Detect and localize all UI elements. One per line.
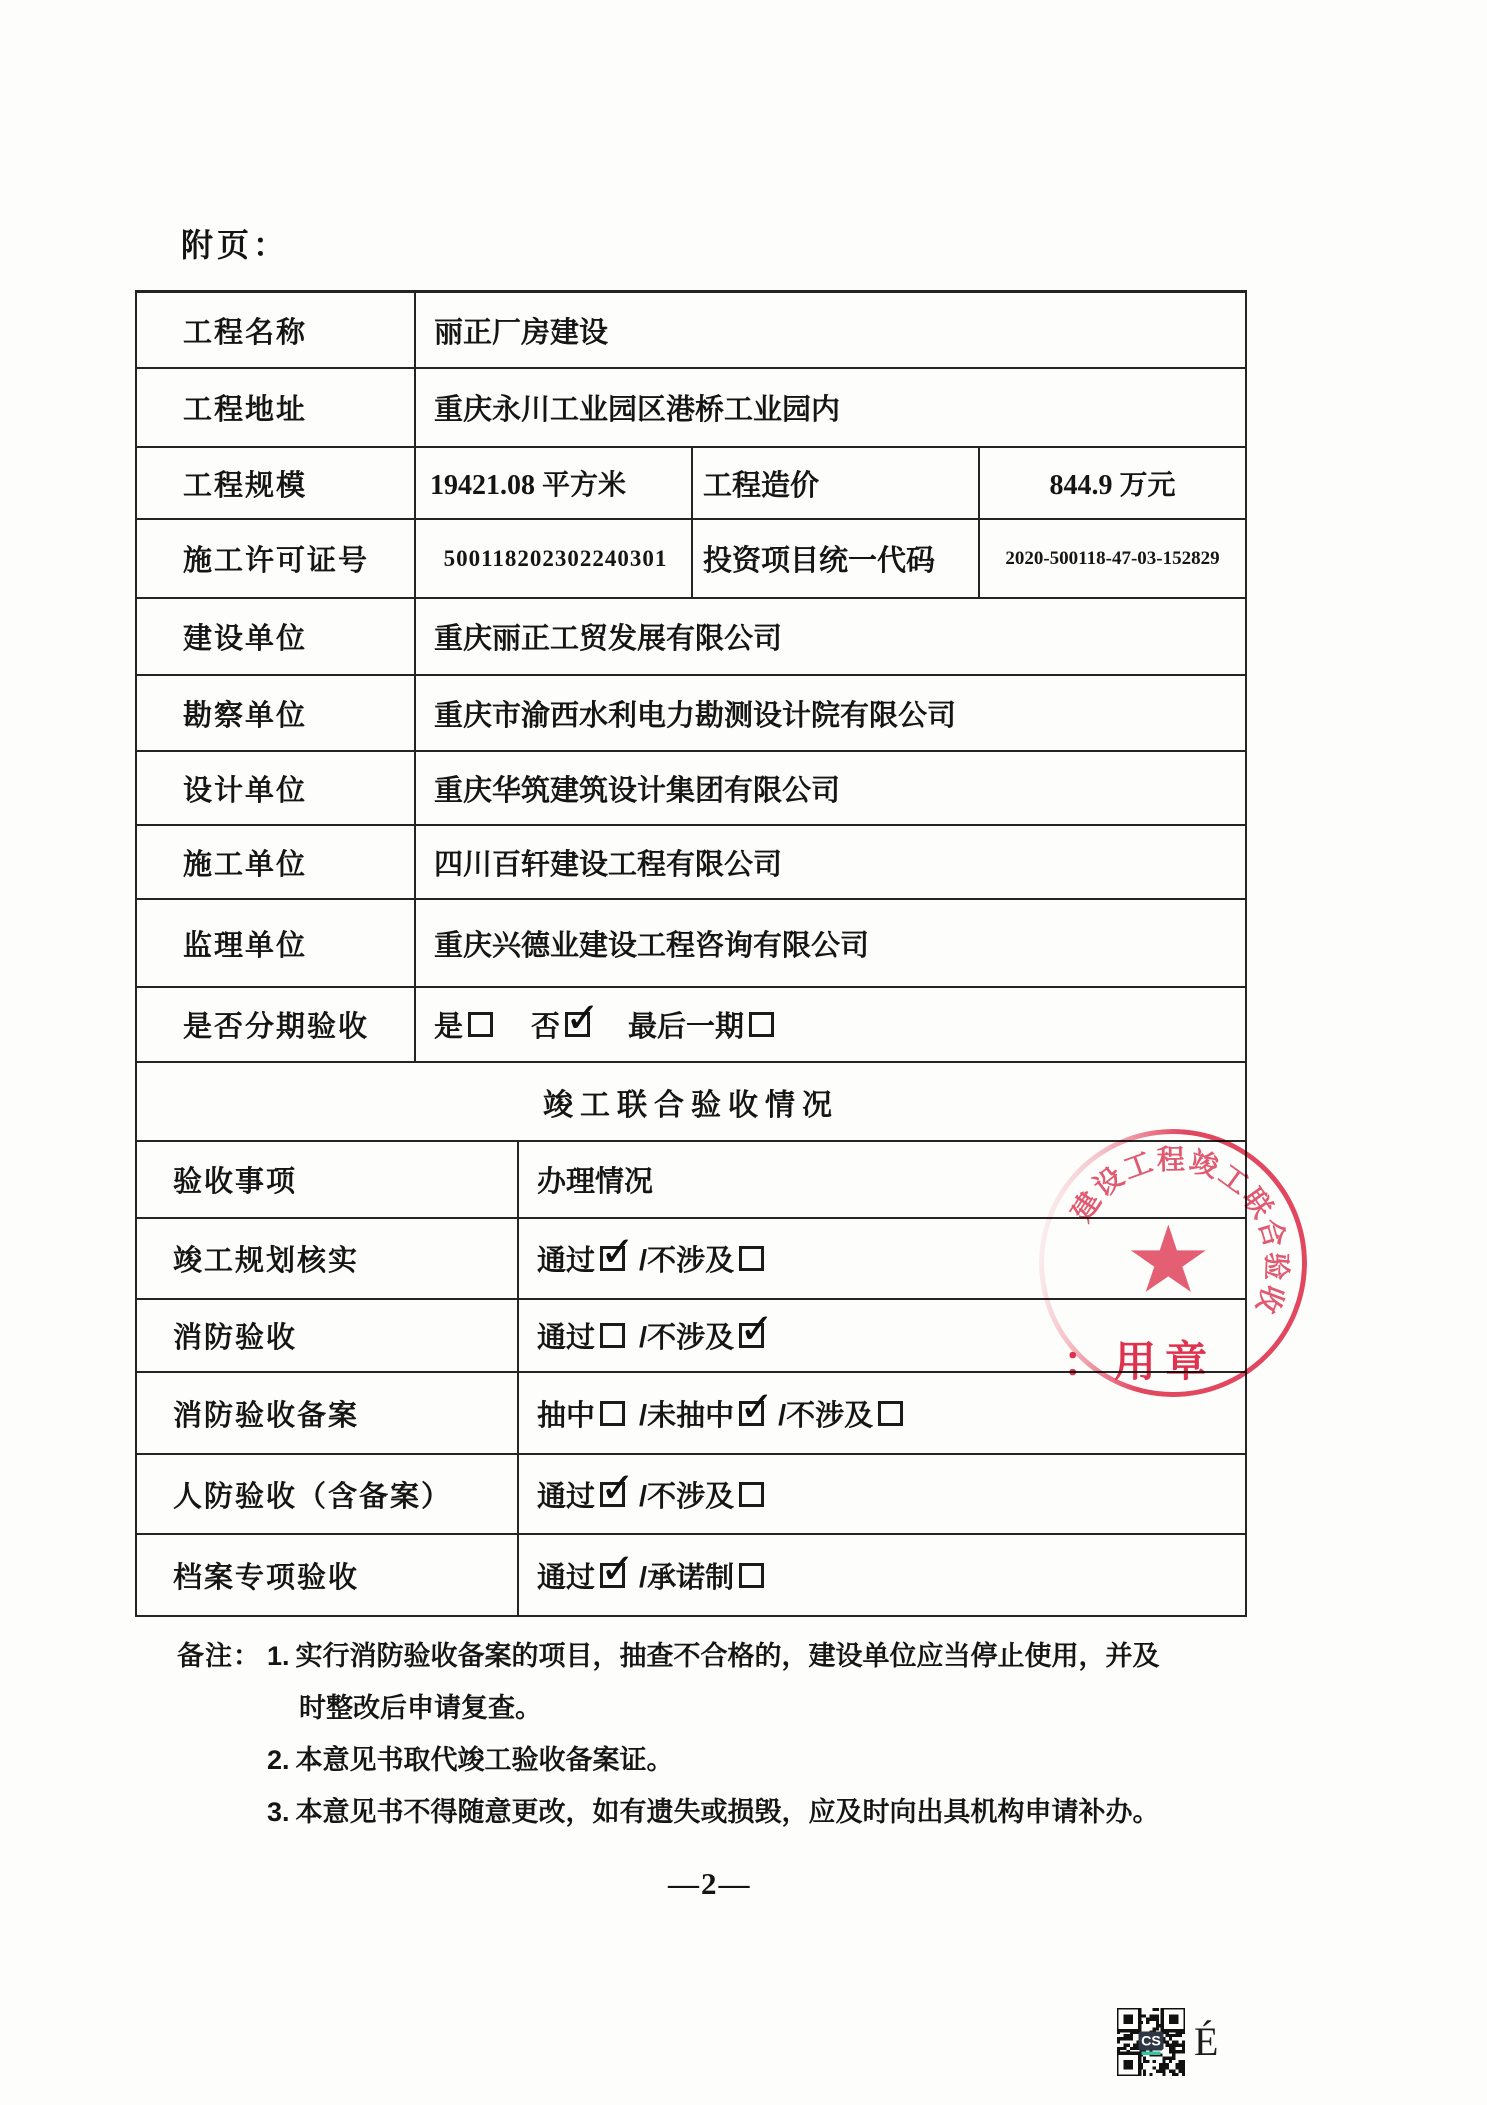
notes-label: 备注： [177,1630,267,1838]
row-label: 监理单位 [137,900,414,986]
check-option: /不涉及 [639,1315,764,1356]
check-option-label: /承诺制 [639,1555,734,1596]
row-value-text: 重庆丽正工贸发展有限公司 [434,616,782,657]
row-label-text: 验收事项 [173,1159,297,1200]
row-label: 是否分期验收 [137,988,414,1061]
check-option-label: /不涉及 [639,1315,734,1356]
row-label: 档案专项验收 [137,1535,517,1615]
check-option: 最后一期 [628,1004,774,1045]
row-value: 是否最后一期 [414,988,1245,1061]
note-number: 1. [267,1641,290,1671]
row-label: 设计单位 [137,752,414,824]
table-row: 监理单位重庆兴德业建设工程咨询有限公司 [137,900,1245,988]
note-text: 实行消防验收备案的项目，抽查不合格的，建设单位应当停止使用，并及时整改后申请复查… [296,1641,1160,1723]
row-value: 通过/不涉及 [517,1219,1245,1298]
row-label-text: 建设单位 [183,616,307,657]
table-row: 人防验收（含备案）通过/不涉及 [137,1455,1245,1535]
check-option-label: 通过 [537,1474,595,1515]
row-value: 丽正厂房建设 [414,293,1245,367]
checkbox-unchecked [600,1323,625,1348]
table-row: 档案专项验收通过/承诺制 [137,1535,1245,1615]
checkbox-unchecked [468,1012,493,1037]
page-number: —2— [668,1866,752,1902]
row-label: 消防验收 [137,1300,517,1371]
row-value-text: 丽正厂房建设 [434,310,608,351]
row-value: 抽中/未抽中/不涉及 [517,1373,1245,1453]
row-value: 办理情况 [517,1142,1245,1217]
row-label: 工程规模 [137,448,414,518]
check-option-label: 是 [434,1004,463,1045]
check-option-label: 最后一期 [628,1004,744,1045]
note-item: 1.实行消防验收备案的项目，抽查不合格的，建设单位应当停止使用，并及时整改后申请… [267,1630,1167,1734]
row-label-text: 工程造价 [703,463,819,504]
table-row: 施工单位四川百轩建设工程有限公司 [137,826,1245,900]
row-value: 重庆丽正工贸发展有限公司 [414,599,1245,674]
check-option: /不涉及 [639,1238,764,1279]
check-option: 否 [531,1004,590,1045]
notes-items: 1.实行消防验收备案的项目，抽查不合格的，建设单位应当停止使用，并及时整改后申请… [267,1630,1167,1838]
row-value: 500118202302240301 [414,520,691,597]
qr-center-label: CS [1141,2034,1161,2050]
table-row: 施工许可证号500118202302240301投资项目统一代码2020-500… [137,520,1245,599]
row-value-text: 2020-500118-47-03-152829 [1005,548,1219,570]
table-row: 消防验收通过/不涉及 [137,1300,1245,1373]
check-option-label: /不涉及 [639,1474,734,1515]
row-value: 通过/不涉及 [517,1300,1245,1371]
check-option-label: 通过 [537,1315,595,1356]
row-value-text: 844.9 万元 [1049,463,1175,503]
note-item: 2.本意见书取代竣工验收备案证。 [267,1734,1167,1786]
table-row: 竣工规划核实通过/不涉及 [137,1219,1245,1300]
row-value-text: 500118202302240301 [444,546,668,572]
row-label: 工程名称 [137,293,414,367]
row-label-text: 工程地址 [183,387,307,428]
checkbox-unchecked [739,1246,764,1271]
row-value: 重庆华筑建筑设计集团有限公司 [414,752,1245,824]
check-option: /未抽中 [639,1393,764,1434]
row-label-text: 人防验收（含备案） [173,1474,452,1515]
row-value-text: 四川百轩建设工程有限公司 [434,842,782,883]
check-option: 抽中 [537,1393,625,1434]
table-row: 设计单位重庆华筑建筑设计集团有限公司 [137,752,1245,826]
section-header: 竣工联合验收情况 [137,1063,1245,1140]
row-label-text: 施工许可证号 [183,538,369,579]
table-row: 竣工联合验收情况 [137,1063,1245,1142]
check-option: 通过 [537,1315,625,1356]
row-label-text: 工程规模 [183,463,307,504]
row-label: 施工许可证号 [137,520,414,597]
row-label: 验收事项 [137,1142,517,1217]
check-option: 通过 [537,1555,625,1596]
row-value-text: 办理情况 [537,1159,653,1200]
row-value: 四川百轩建设工程有限公司 [414,826,1245,898]
row-label: 施工单位 [137,826,414,898]
table-row: 工程名称丽正厂房建设 [137,293,1245,369]
row-label-text: 竣工规划核实 [173,1238,359,1279]
check-option: 是 [434,1004,493,1045]
row-label: 勘察单位 [137,676,414,750]
check-option-label: /不涉及 [778,1393,873,1434]
checkbox-checked [739,1401,764,1426]
row-label-text: 设计单位 [183,768,307,809]
table-row: 建设单位重庆丽正工贸发展有限公司 [137,599,1245,676]
table-row: 是否分期验收是否最后一期 [137,988,1245,1063]
row-value: 19421.08 平方米 [414,448,691,518]
row-value: 重庆永川工业园区港桥工业园内 [414,369,1245,446]
footer-mark: É [1194,2018,1218,2065]
check-option: /承诺制 [639,1555,764,1596]
notes: 备注： 1.实行消防验收备案的项目，抽查不合格的，建设单位应当停止使用，并及时整… [177,1630,1257,1838]
row-value-text: 重庆市渝西水利电力勘测设计院有限公司 [434,693,956,734]
page-label: 附页： [181,220,289,266]
row-label: 消防验收备案 [137,1373,517,1453]
checkbox-checked [600,1563,625,1588]
row-label: 竣工规划核实 [137,1219,517,1298]
row-label: 工程地址 [137,369,414,446]
table-row: 验收事项办理情况 [137,1142,1245,1219]
row-value: 重庆兴德业建设工程咨询有限公司 [414,900,1245,986]
note-text: 本意见书取代竣工验收备案证。 [296,1745,674,1775]
checkbox-checked [600,1482,625,1507]
row-value-2: 2020-500118-47-03-152829 [978,520,1245,597]
note-item: 3.本意见书不得随意更改，如有遗失或损毁，应及时向出具机构申请补办。 [267,1786,1167,1838]
row-label-text: 是否分期验收 [183,1004,369,1045]
row-label-text: 投资项目统一代码 [703,538,935,579]
scanned-document-page: 附页： 工程名称丽正厂房建设工程地址重庆永川工业园区港桥工业园内工程规模1942… [0,0,1487,2105]
checkbox-unchecked [878,1401,903,1426]
check-option-label: /未抽中 [639,1393,734,1434]
check-option: 通过 [537,1238,625,1279]
row-value-text: 19421.08 平方米 [430,463,626,503]
row-label-text: 监理单位 [183,923,307,964]
row-value-text: 重庆兴德业建设工程咨询有限公司 [434,923,869,964]
row-label-text: 勘察单位 [183,693,307,734]
acceptance-table: 工程名称丽正厂房建设工程地址重庆永川工业园区港桥工业园内工程规模19421.08… [135,290,1247,1617]
check-option-label: /不涉及 [639,1238,734,1279]
row-value-text: 重庆华筑建筑设计集团有限公司 [434,768,840,809]
note-number: 3. [267,1797,290,1827]
row-label-text: 工程名称 [183,310,307,351]
check-option: 通过 [537,1474,625,1515]
note-text: 本意见书不得随意更改，如有遗失或损毁，应及时向出具机构申请补办。 [296,1797,1160,1827]
checkbox-unchecked [739,1482,764,1507]
row-value: 通过/不涉及 [517,1455,1245,1533]
checkbox-checked [565,1012,590,1037]
row-label-2: 投资项目统一代码 [691,520,978,597]
check-option: /不涉及 [639,1474,764,1515]
check-option: /不涉及 [778,1393,903,1434]
check-option-label: 通过 [537,1238,595,1279]
note-number: 2. [267,1745,290,1775]
row-label-text: 档案专项验收 [173,1555,359,1596]
row-label: 人防验收（含备案） [137,1455,517,1533]
row-value: 重庆市渝西水利电力勘测设计院有限公司 [414,676,1245,750]
row-value: 通过/承诺制 [517,1535,1245,1615]
check-option-label: 通过 [537,1555,595,1596]
table-row: 工程规模19421.08 平方米工程造价844.9 万元 [137,448,1245,520]
stamp-arc-char: 合 [1250,1212,1292,1254]
row-value-2: 844.9 万元 [978,448,1245,518]
checkbox-unchecked [739,1563,764,1588]
qr-code: CS [1117,2008,1185,2076]
row-label: 建设单位 [137,599,414,674]
checkbox-unchecked [600,1401,625,1426]
row-label-text: 施工单位 [183,842,307,883]
table-row: 勘察单位重庆市渝西水利电力勘测设计院有限公司 [137,676,1245,752]
table-row: 消防验收备案抽中/未抽中/不涉及 [137,1373,1245,1455]
check-option-label: 抽中 [537,1393,595,1434]
checkbox-checked [600,1246,625,1271]
row-label-2: 工程造价 [691,448,978,518]
row-label-text: 消防验收 [173,1315,297,1356]
stamp-arc-char: 验 [1258,1249,1293,1284]
stamp-arc-char: 收 [1248,1277,1292,1321]
check-option-label: 否 [531,1004,560,1045]
row-value-text: 重庆永川工业园区港桥工业园内 [434,387,840,428]
checkbox-checked [739,1323,764,1348]
checkbox-unchecked [749,1012,774,1037]
row-label-text: 消防验收备案 [173,1393,359,1434]
section-header-text: 竣工联合验收情况 [543,1080,839,1124]
table-row: 工程地址重庆永川工业园区港桥工业园内 [137,369,1245,448]
